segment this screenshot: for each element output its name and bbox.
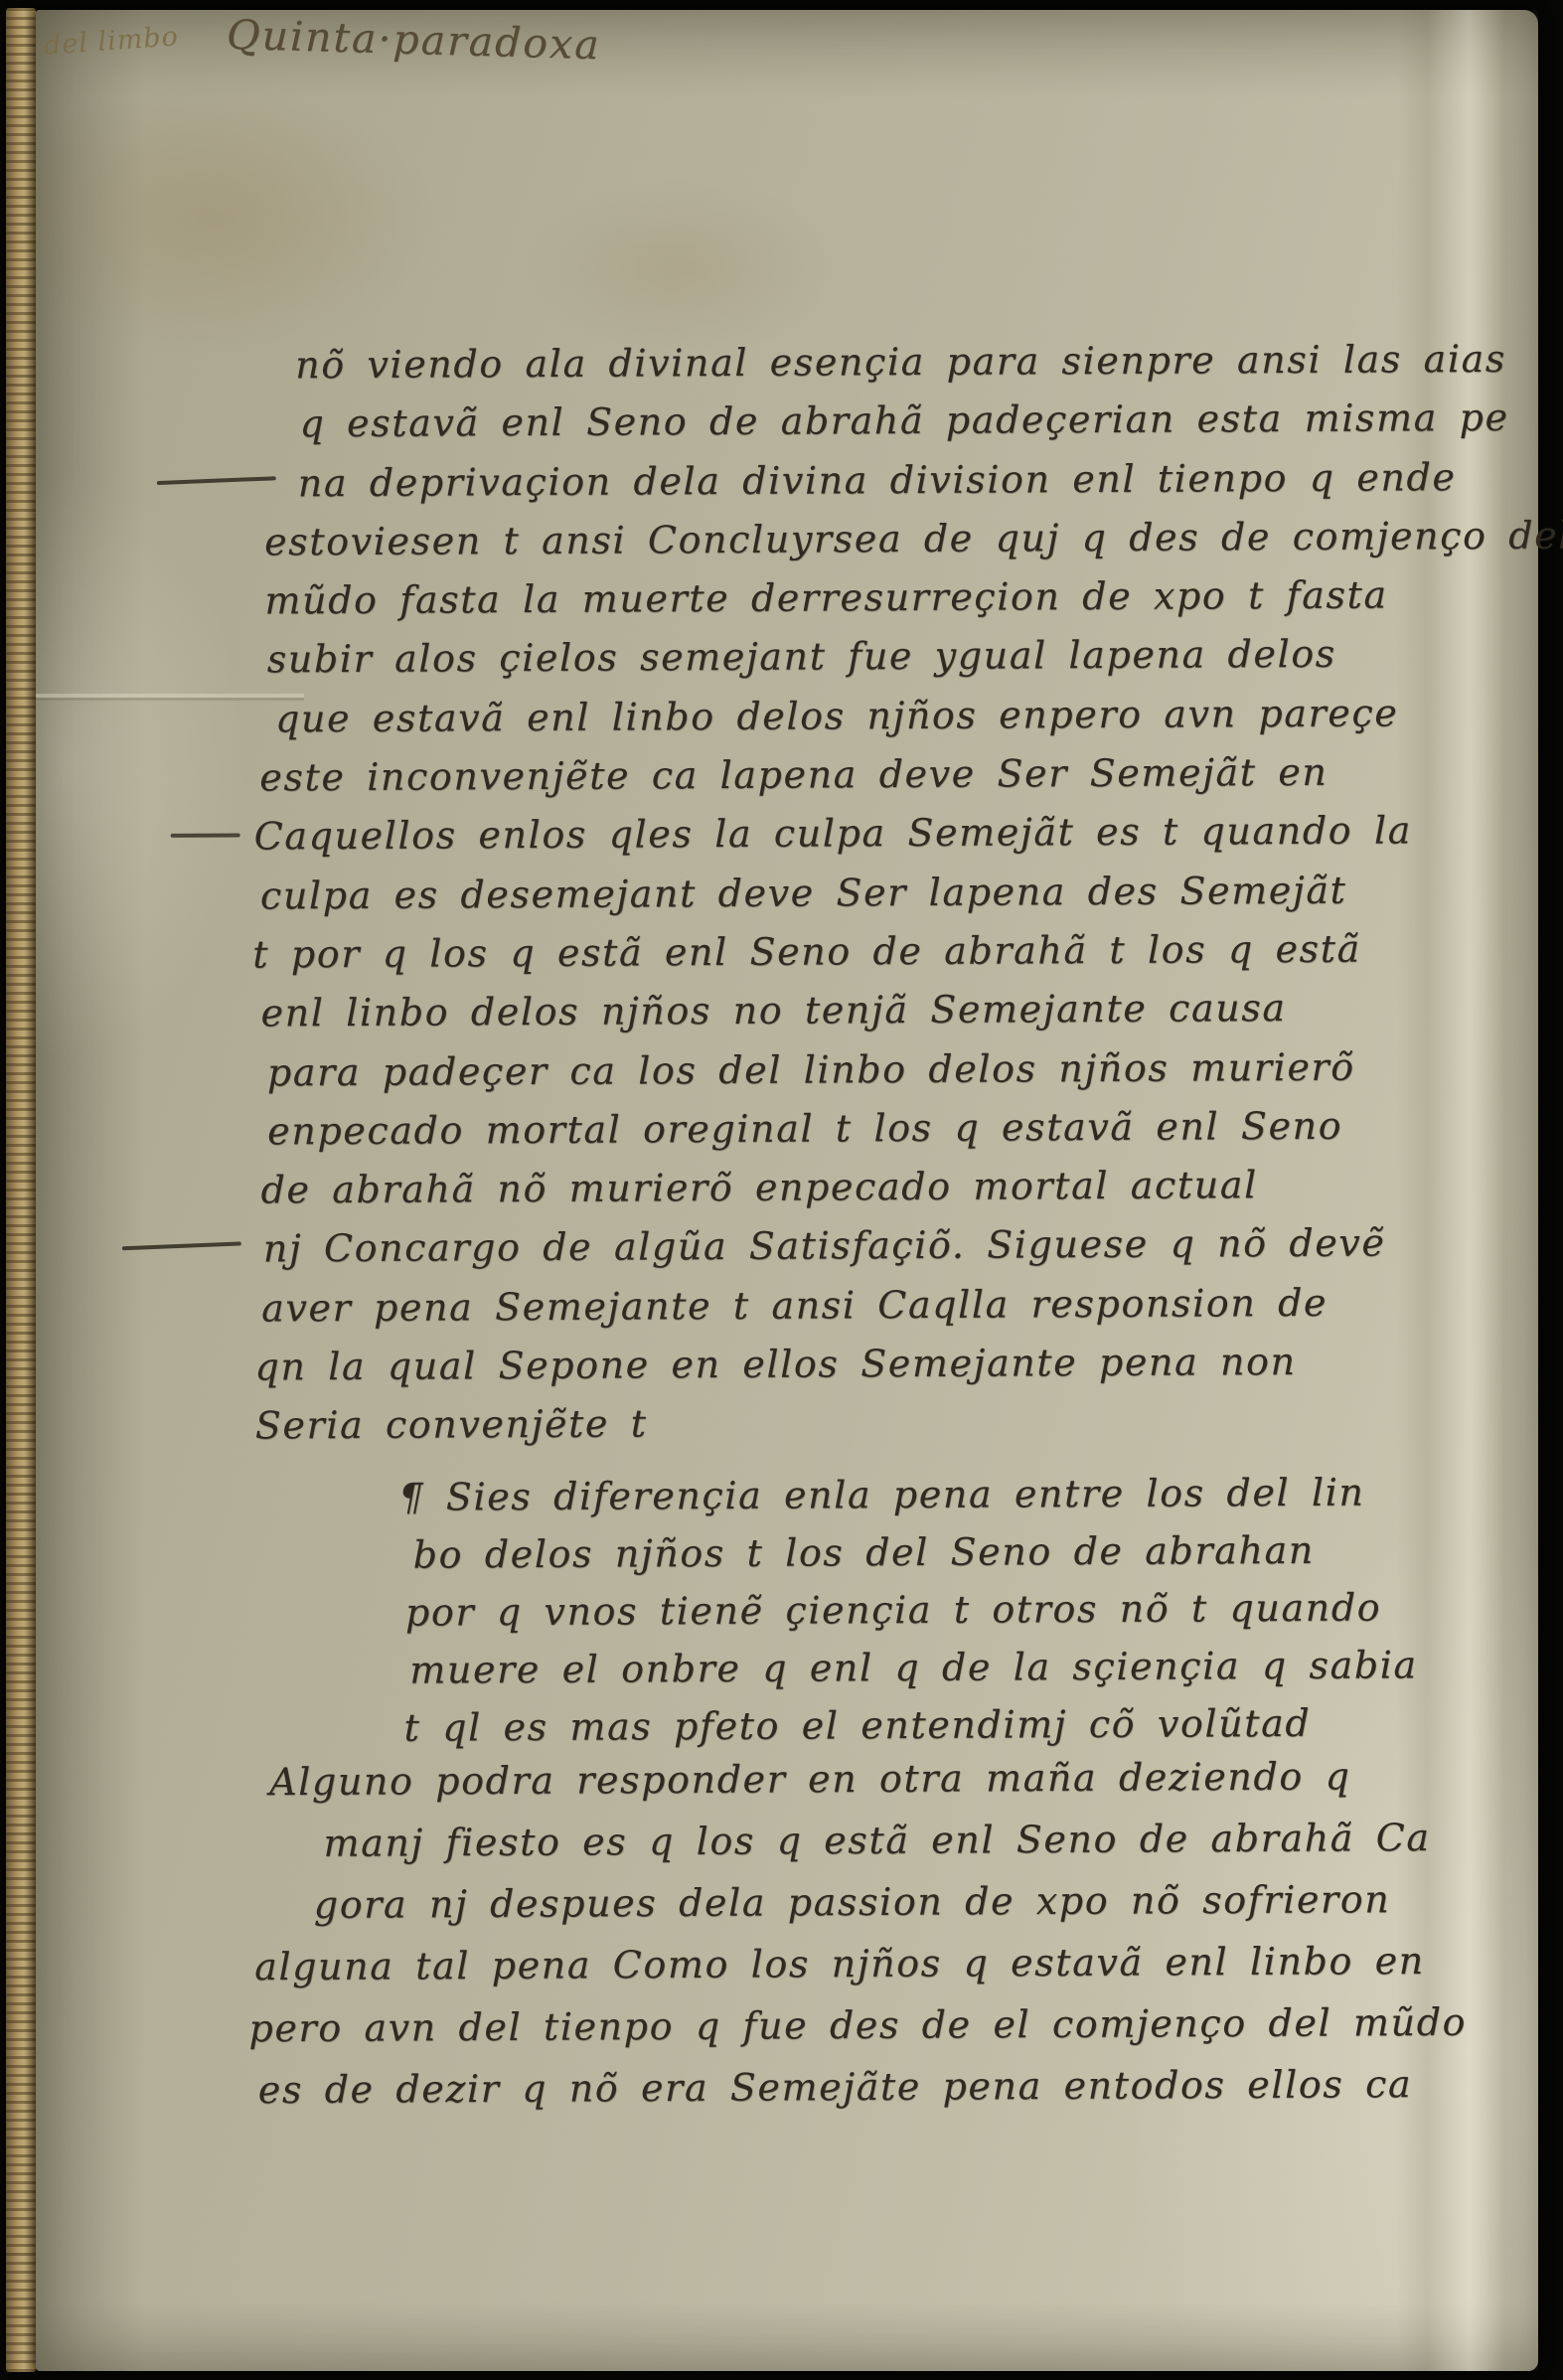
manuscript-line: ¶ Sies diferençia enla pena entre los de… xyxy=(398,1466,1417,1528)
manuscript-line: que estavã enl linbo delos njños enpero … xyxy=(275,686,1563,751)
paragraph-1: nõ viendo ala divinal esençia para sienp… xyxy=(249,333,1563,1460)
manuscript-line: muere el onbre q enl q de la sçiençia q … xyxy=(409,1639,1418,1701)
manuscript-line: na deprivaçion dela divina division enl … xyxy=(296,450,1563,516)
paragraph-3: Alguno podra responder en otra maña dezi… xyxy=(247,1749,1468,2125)
manuscript-line: bo delos njños t los del Seno de abrahan xyxy=(413,1523,1418,1586)
manuscript-line: para padeçer ca los del linbo delos njño… xyxy=(267,1039,1563,1105)
manuscript-line: q estavã enl Seno de abrahã padeçerian e… xyxy=(299,392,1563,457)
chapter-title: Quinta·paradoxa xyxy=(226,11,601,69)
manuscript-line: enl linbo delos njños no tenjã Semejante… xyxy=(260,981,1563,1046)
manuscript-line: por q vnos tienẽ çiençia t otros nõ t qu… xyxy=(405,1581,1418,1644)
manuscript-line: gora nj despues dela passion de xpo nõ s… xyxy=(314,1872,1467,1940)
manuscript-photo: del limbo Quinta·paradoxa nõ viendo ala … xyxy=(0,0,1563,2380)
manuscript-line: alguna tal pena Como los njños q estavã … xyxy=(254,1934,1467,2001)
manuscript-line: Seria convenjẽte t xyxy=(255,1393,1563,1459)
manuscript-line: nõ viendo ala divinal esençia para sienp… xyxy=(295,333,1563,398)
manuscript-line: enpecado mortal oreginal t los q estavã … xyxy=(267,1098,1563,1164)
manuscript-line: t por q los q estã enl Seno de abrahã t … xyxy=(252,921,1563,987)
paragraph-2-indented: ¶ Sies diferençia enla pena entre los de… xyxy=(398,1466,1418,1759)
manuscript-line: nj Concargo de algũa Satisfaçiõ. Siguese… xyxy=(261,1216,1563,1282)
manuscript-line: subir alos çielos semejant fue ygual lap… xyxy=(267,627,1563,693)
manuscript-line: estoviesen t ansi Concluyrsea de quj q d… xyxy=(264,509,1563,574)
manuscript-line: este inconvenjẽte ca lapena deve Ser Sem… xyxy=(259,745,1563,811)
manuscript-line: manj fiesto es q los q estã enl Seno de … xyxy=(323,1811,1466,1878)
manuscript-line: Alguno podra responder en otra maña dezi… xyxy=(269,1749,1466,1817)
manuscript-line: es de dezir q nõ era Semejãte pena entod… xyxy=(258,2057,1468,2125)
manuscript-line: Caquellos enlos qles la culpa Semejãt es… xyxy=(252,804,1563,870)
manuscript-line: mũdo fasta la muerte derresurreçion de x… xyxy=(264,568,1563,634)
manuscript-line: de abrahã nõ murierõ enpecado mortal act… xyxy=(260,1158,1563,1223)
manuscript-line: pero avn del tienpo q fue des de el comj… xyxy=(248,1995,1467,2063)
book-binding-edge xyxy=(6,8,36,2372)
manuscript-page: del limbo Quinta·paradoxa nõ viendo ala … xyxy=(36,10,1538,2371)
margin-note: del limbo xyxy=(43,21,180,61)
manuscript-line: culpa es desemejant deve Ser lapena des … xyxy=(260,863,1563,928)
manuscript-line: aver pena Semejante t ansi Caqlla respon… xyxy=(261,1275,1563,1341)
manuscript-line: qn la qual Sepone en ellos Semejante pen… xyxy=(254,1335,1563,1400)
